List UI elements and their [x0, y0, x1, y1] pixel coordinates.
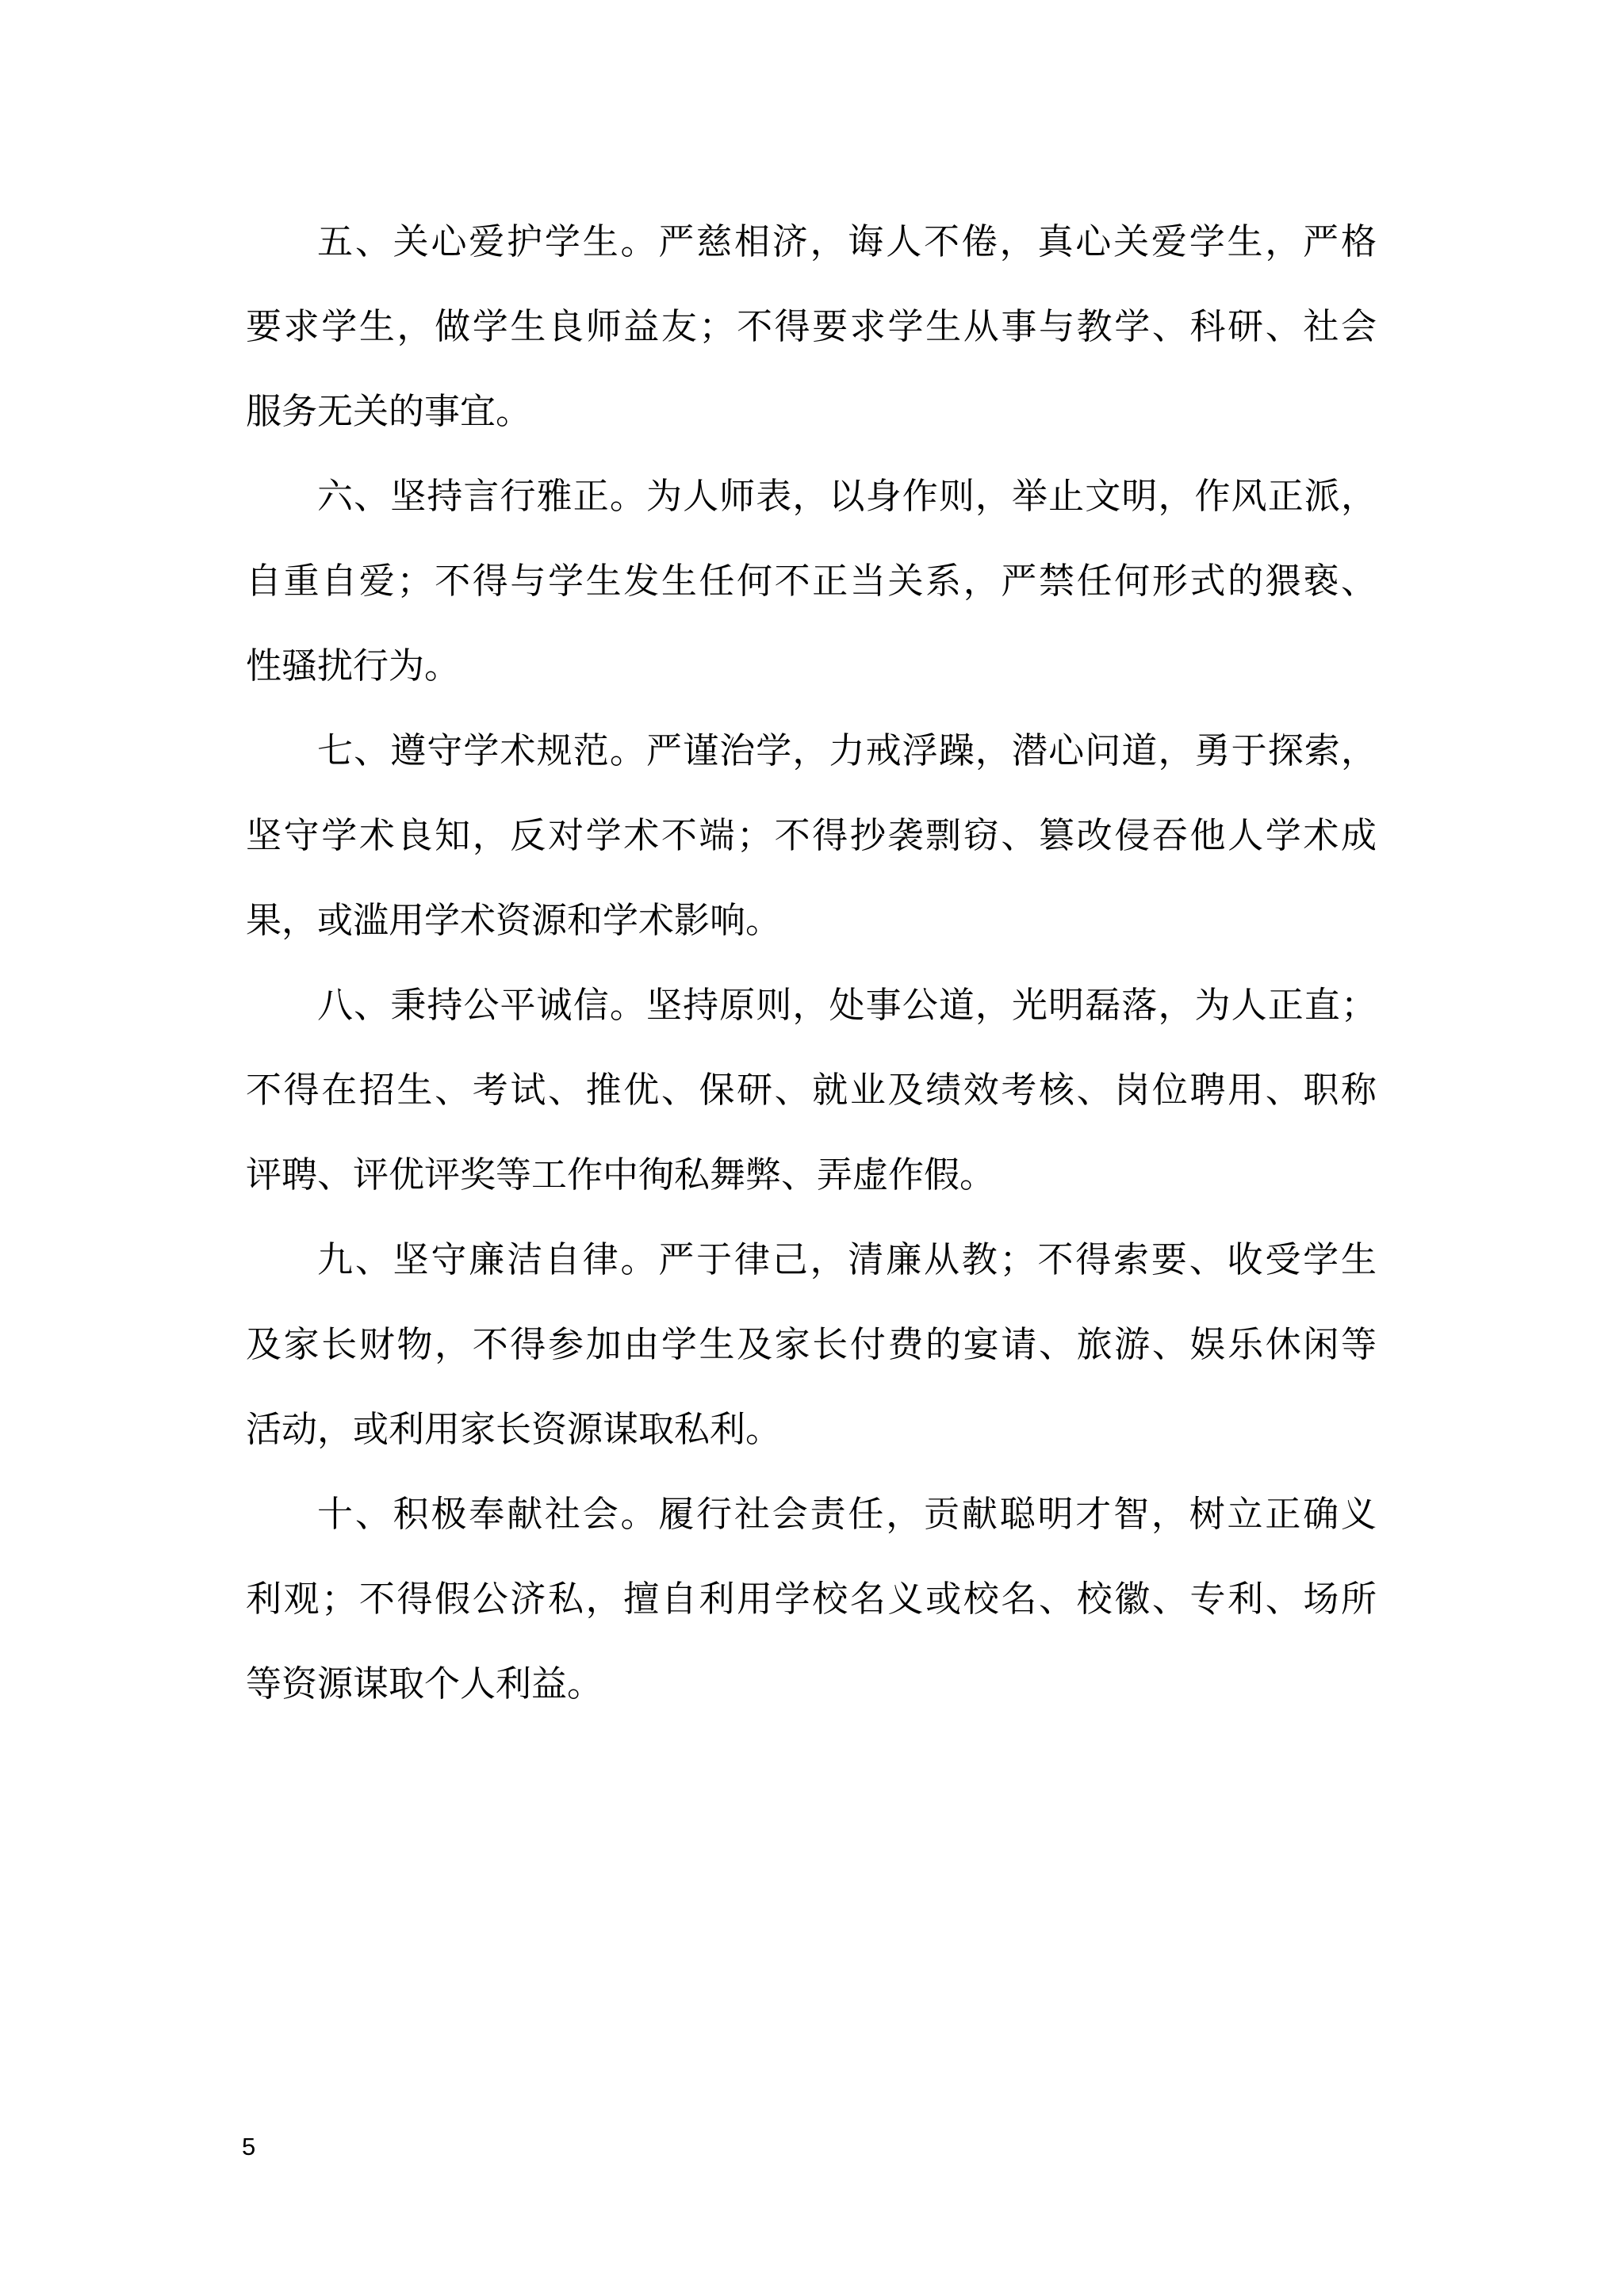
text-line: 等资源谋取个人利益。 — [246, 1642, 1377, 1727]
text-line: 七、遵守学术规范。严谨治学，力戒浮躁，潜心问道，勇于探索， — [246, 709, 1377, 794]
page-number: 5 — [242, 2133, 255, 2161]
paragraph: 七、遵守学术规范。严谨治学，力戒浮躁，潜心问道，勇于探索，坚守学术良知，反对学术… — [246, 709, 1377, 963]
document-page: 五、关心爱护学生。严慈相济，诲人不倦，真心关爱学生，严格要求学生，做学生良师益友… — [0, 0, 1624, 2296]
paragraph: 八、秉持公平诚信。坚持原则，处事公道，光明磊落，为人正直；不得在招生、考试、推优… — [246, 963, 1377, 1218]
text-line: 九、坚守廉洁自律。严于律己，清廉从教；不得索要、收受学生 — [246, 1218, 1377, 1303]
paragraph: 五、关心爱护学生。严慈相济，诲人不倦，真心关爱学生，严格要求学生，做学生良师益友… — [246, 200, 1377, 454]
paragraph: 九、坚守廉洁自律。严于律己，清廉从教；不得索要、收受学生及家长财物，不得参加由学… — [246, 1218, 1377, 1472]
text-line: 五、关心爱护学生。严慈相济，诲人不倦，真心关爱学生，严格 — [246, 200, 1377, 285]
document-body: 五、关心爱护学生。严慈相济，诲人不倦，真心关爱学生，严格要求学生，做学生良师益友… — [246, 200, 1377, 1727]
text-line: 坚守学术良知，反对学术不端；不得抄袭剽窃、篡改侵吞他人学术成 — [246, 794, 1377, 878]
text-line: 果，或滥用学术资源和学术影响。 — [246, 878, 1377, 963]
text-line: 不得在招生、考试、推优、保研、就业及绩效考核、岗位聘用、职称 — [246, 1048, 1377, 1133]
paragraph: 十、积极奉献社会。履行社会责任，贡献聪明才智，树立正确义利观；不得假公济私，擅自… — [246, 1472, 1377, 1727]
paragraph: 六、坚持言行雅正。为人师表，以身作则，举止文明，作风正派，自重自爱；不得与学生发… — [246, 454, 1377, 709]
text-line: 性骚扰行为。 — [246, 624, 1377, 709]
text-line: 要求学生，做学生良师益友；不得要求学生从事与教学、科研、社会 — [246, 285, 1377, 369]
text-line: 六、坚持言行雅正。为人师表，以身作则，举止文明，作风正派， — [246, 454, 1377, 539]
text-line: 及家长财物，不得参加由学生及家长付费的宴请、旅游、娱乐休闲等 — [246, 1303, 1377, 1387]
text-line: 八、秉持公平诚信。坚持原则，处事公道，光明磊落，为人正直； — [246, 963, 1377, 1048]
text-line: 评聘、评优评奖等工作中徇私舞弊、弄虚作假。 — [246, 1133, 1377, 1218]
text-line: 服务无关的事宜。 — [246, 369, 1377, 454]
text-line: 自重自爱；不得与学生发生任何不正当关系，严禁任何形式的猥亵、 — [246, 539, 1377, 624]
text-line: 利观；不得假公济私，擅自利用学校名义或校名、校徽、专利、场所 — [246, 1557, 1377, 1642]
text-line: 活动，或利用家长资源谋取私利。 — [246, 1387, 1377, 1472]
text-line: 十、积极奉献社会。履行社会责任，贡献聪明才智，树立正确义 — [246, 1472, 1377, 1557]
